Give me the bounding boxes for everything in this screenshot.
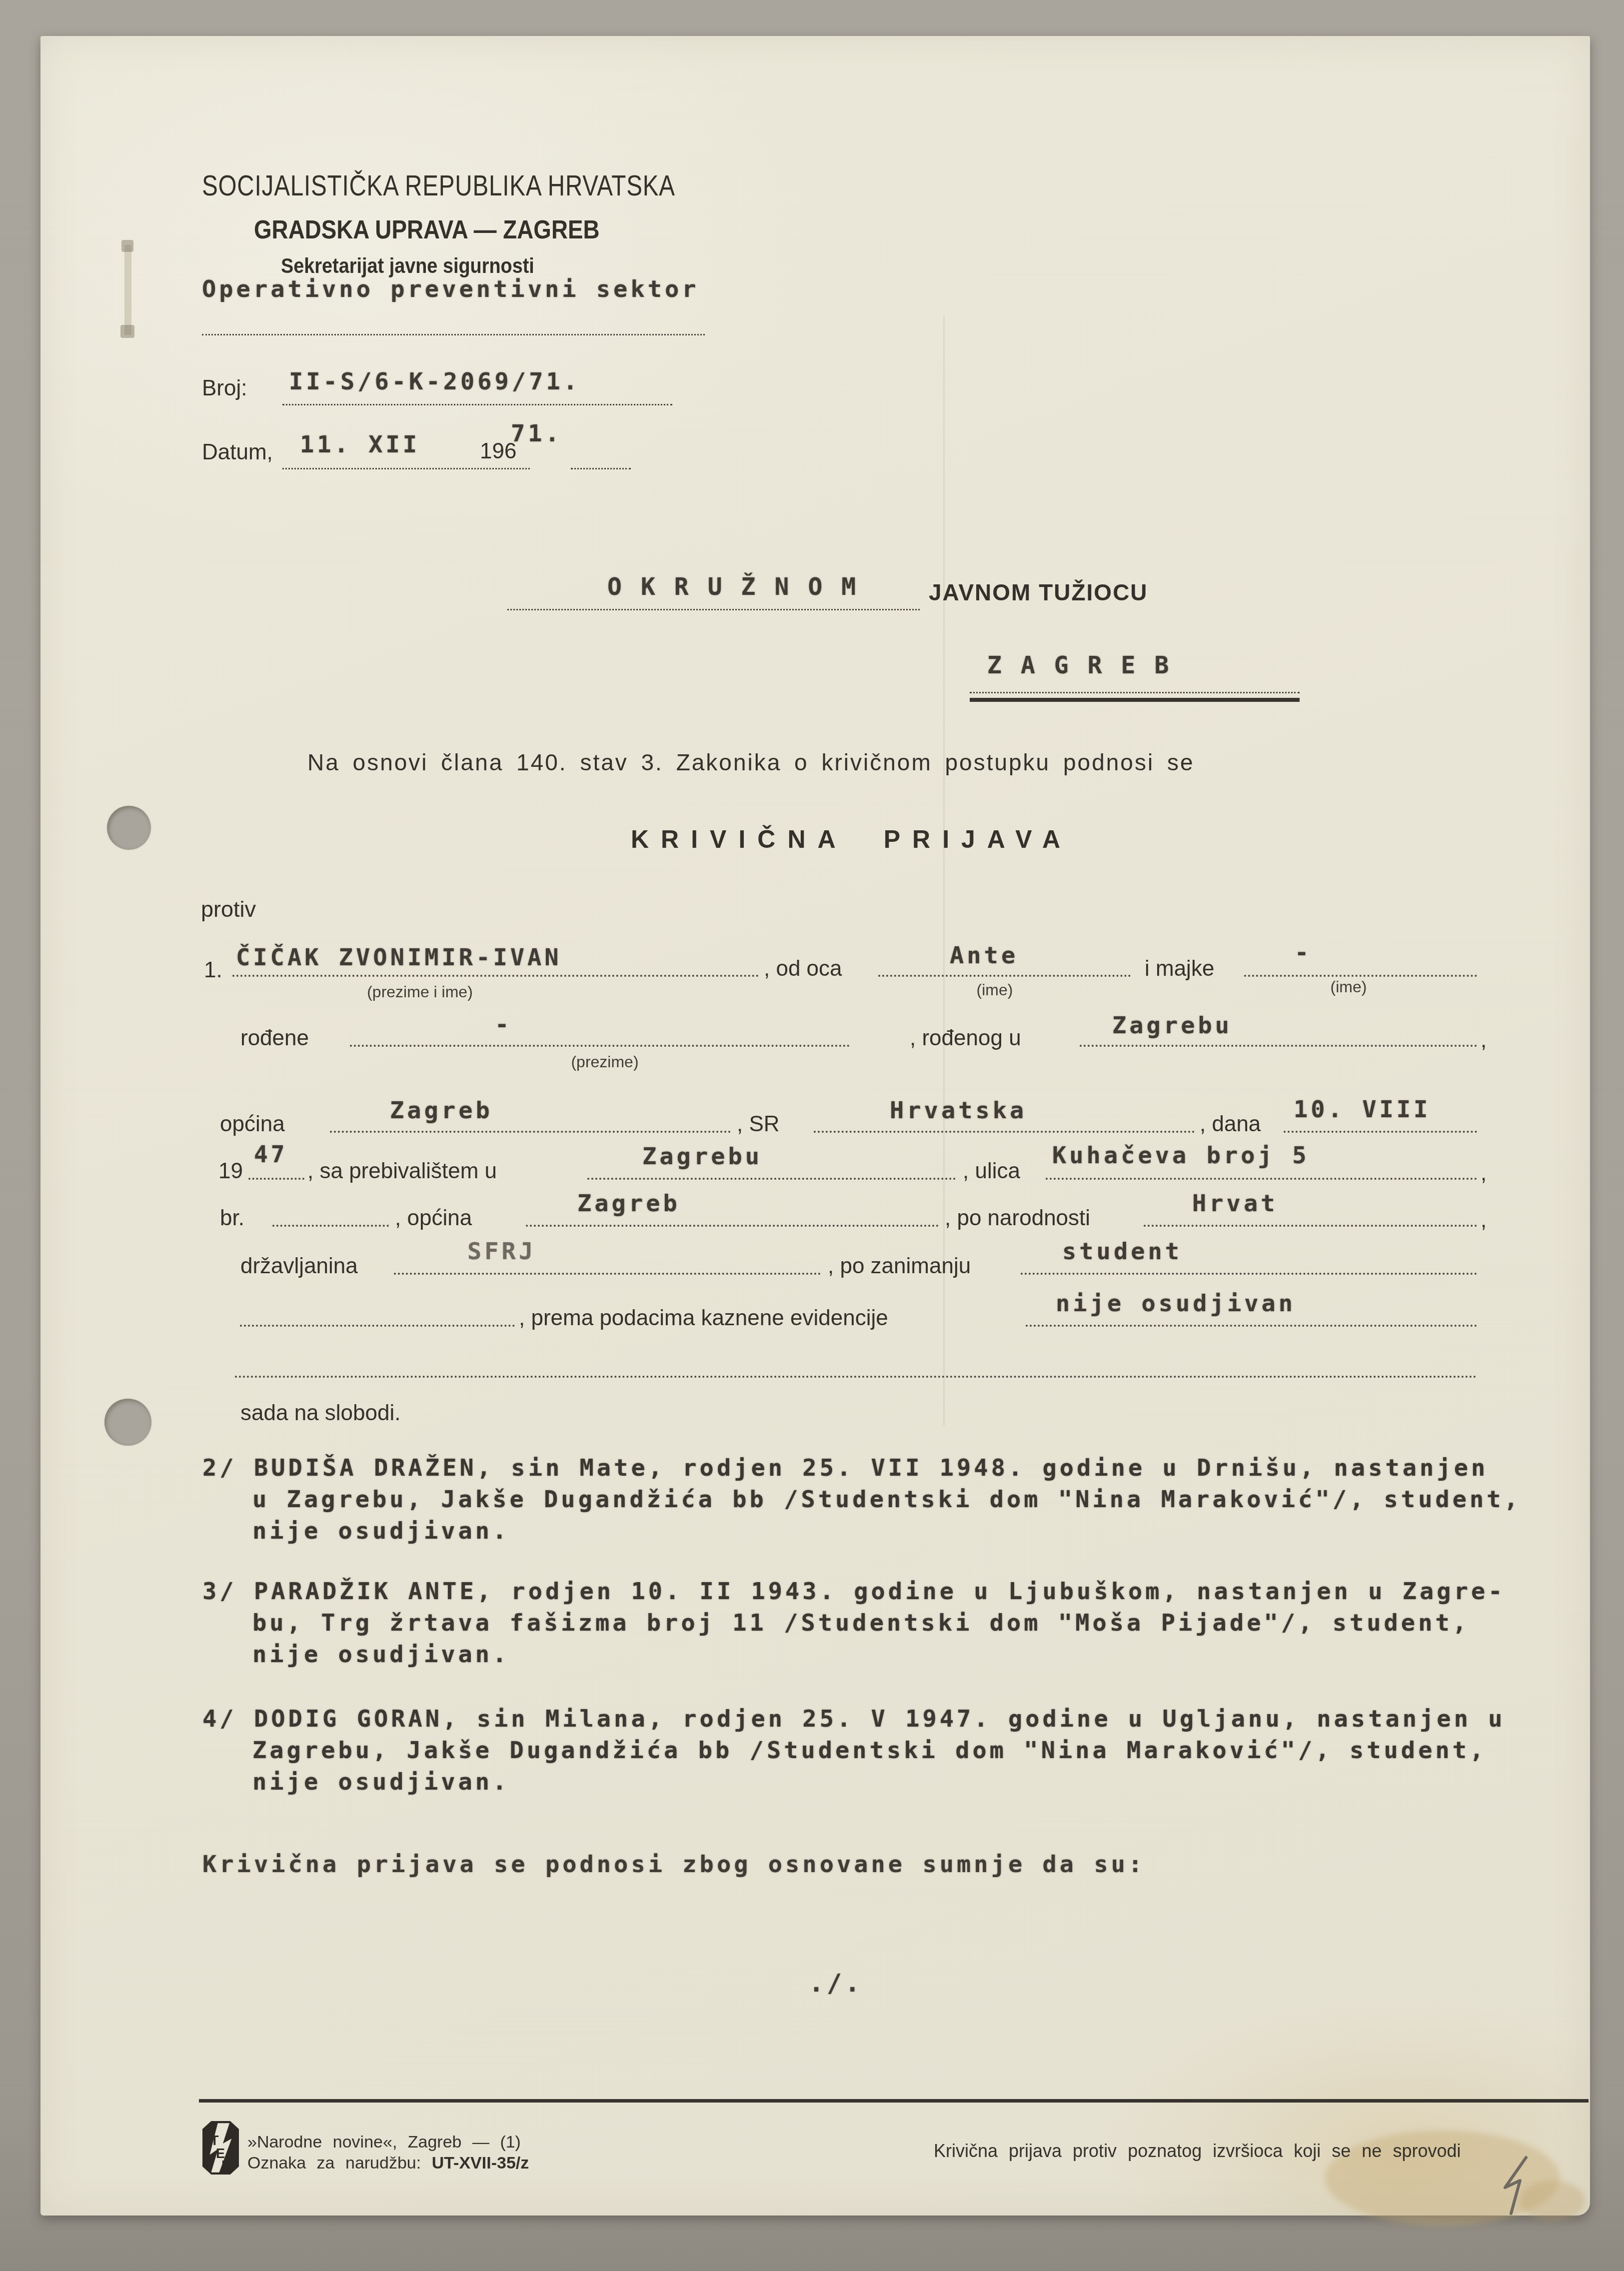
accused-paragraph-3: 3/ PARADŽIK ANTE, rodjen 10. II 1943. go… — [202, 1576, 1582, 1670]
footer-rule — [199, 2099, 1589, 2103]
staple-mark-top — [121, 240, 133, 252]
year-typed: 47 — [254, 1141, 287, 1168]
intro-line: Na osnovi člana 140. stav 3. Zakonika o … — [307, 749, 1194, 776]
municipality2-typed: Zagreb — [577, 1190, 680, 1217]
nationality-typed: Hrvat — [1192, 1190, 1278, 1217]
sr-label: , SR — [737, 1112, 780, 1137]
born-in-dotted-line — [1080, 1045, 1477, 1047]
municipality-dotted-line — [330, 1131, 731, 1133]
number-dotted-line — [272, 1225, 389, 1227]
nationality-label: , po narodnosti — [945, 1206, 1090, 1231]
letterhead-secretariat: Sekretarijat javne sigurnosti — [281, 254, 569, 278]
city-dotted-line — [970, 692, 1300, 693]
staple-mark — [124, 245, 131, 335]
residence-typed: Zagrebu — [642, 1143, 762, 1170]
broj-dotted-line — [282, 404, 672, 405]
record-label: , prema podacima kaznene evidencije — [519, 1306, 888, 1331]
datum-dotted-line-2 — [571, 468, 631, 469]
name-hint: (prezime i ime) — [320, 983, 520, 1001]
birth-day-dotted-line — [1284, 1131, 1477, 1133]
accused-paragraph-2: 2/ BUDIŠA DRAŽEN, sin Mate, rodjen 25. V… — [202, 1452, 1582, 1547]
row4-comma: , — [1481, 1161, 1487, 1186]
republic-dotted-line — [814, 1131, 1195, 1133]
footer-publisher: »Narodne novine«, Zagreb — (1) — [247, 2133, 521, 2152]
mother-dotted-line — [1244, 975, 1477, 977]
name-dotted-line — [232, 975, 759, 977]
row2-comma: , — [1481, 1028, 1487, 1053]
broj-value: II-S/6-K-2069/71. — [289, 368, 580, 395]
closing-line: Krivična prijava se podnosi zbog osnovan… — [202, 1851, 1145, 1878]
maiden-label: rođene — [240, 1026, 309, 1051]
addressee-typed: OKRUŽNOM — [607, 573, 875, 601]
addressee-city-typed: ZAGREB — [987, 651, 1188, 679]
addressee-printed: JAVNOM TUŽIOCU — [929, 579, 1148, 606]
father-dotted-line — [878, 975, 1131, 977]
datum-dotted-line-1 — [282, 468, 530, 469]
occupation-typed: student — [1062, 1238, 1182, 1265]
maiden-dotted-line — [350, 1045, 850, 1047]
datum-year-typed: 71. — [511, 420, 562, 447]
mother-hint: (ime) — [1294, 978, 1404, 996]
day-label: , dana — [1200, 1112, 1261, 1137]
datum-label: Datum, — [202, 440, 273, 465]
citizenship-dotted-line — [394, 1273, 821, 1275]
row7-dotted-line — [240, 1325, 515, 1327]
handwritten-pencil-mark — [1497, 2155, 1537, 2220]
footer-order-label: Oznaka za narudžbu: — [247, 2154, 421, 2173]
continuation-mark: ./. — [809, 1969, 863, 1998]
municipality-label: općina — [220, 1112, 285, 1137]
punch-hole-bottom — [104, 1399, 151, 1446]
mother-typed: - — [1295, 939, 1312, 966]
republic-typed: Hrvatska — [890, 1097, 1027, 1124]
number-label: br. — [220, 1206, 244, 1231]
document-title: KRIVIČNA PRIJAVA — [631, 825, 1072, 854]
maiden-hint: (prezime) — [530, 1053, 680, 1071]
footer-order-line: Oznaka za narudžbu: UT-XVII-35/z — [247, 2154, 529, 2173]
staple-mark-bottom — [120, 325, 134, 338]
year-dotted-line — [248, 1178, 304, 1180]
letterhead-dotted-line — [202, 334, 705, 335]
residence-dotted-line — [587, 1178, 956, 1180]
scanned-document: SOCIJALISTIČKA REPUBLIKA HRVATSKA GRADSK… — [0, 0, 1624, 2271]
residence-label: , sa prebivalištem u — [307, 1159, 497, 1184]
maiden-typed: - — [495, 1011, 512, 1038]
born-in-label: , rođenog u — [910, 1026, 1021, 1051]
year-printed: 19 — [218, 1159, 243, 1184]
letterhead-administration: GRADSKA UPRAVA — ZAGREB — [254, 215, 647, 245]
protiv-label: protiv — [201, 896, 256, 922]
row-number: 1. — [204, 958, 222, 983]
broj-label: Broj: — [202, 376, 247, 401]
nationality-dotted-line — [1144, 1225, 1477, 1227]
name-typed: ČIČAK ZVONIMIR-IVAN — [236, 944, 562, 971]
record-dotted-line — [1026, 1325, 1477, 1327]
municipality2-label: , općina — [395, 1206, 472, 1231]
footer-order-code: UT-XVII-35/z — [432, 2154, 529, 2173]
born-in-typed: Zagrebu — [1112, 1012, 1232, 1039]
logo-letter-b: B — [221, 2158, 231, 2174]
footer-note: Krivična prijava protiv poznatog izvršio… — [934, 2141, 1461, 2162]
letterhead-country: SOCIJALISTIČKA REPUBLIKA HRVATSKA — [202, 169, 779, 202]
teb-printer-logo: T E B — [202, 2121, 239, 2175]
municipality2-dotted-line — [526, 1225, 939, 1227]
record-typed: nije osudjivan — [1056, 1290, 1296, 1317]
municipality-typed: Zagreb — [390, 1097, 493, 1124]
mother-label: i majke — [1145, 956, 1214, 981]
empty-dotted-line — [235, 1376, 1477, 1378]
occupation-dotted-line — [1021, 1273, 1477, 1275]
citizenship-label: državljanina — [240, 1254, 358, 1279]
father-label: , od oca — [764, 956, 842, 981]
letterhead-country-text: SOCIJALISTIČKA REPUBLIKA HRVATSKA — [202, 169, 675, 202]
letterhead-sector-typed: Operativno preventivni sektor — [202, 275, 699, 303]
father-typed: Ante — [950, 942, 1018, 969]
punch-hole-top — [107, 806, 151, 850]
father-hint: (ime) — [940, 981, 1050, 999]
status-line: sada na slobodi. — [240, 1401, 400, 1426]
accused-paragraph-4: 4/ DODIG GORAN, sin Milana, rodjen 25. V… — [202, 1703, 1582, 1798]
datum-day-typed: 11. XII — [300, 431, 420, 458]
street-dotted-line — [1046, 1178, 1477, 1180]
street-label: , ulica — [963, 1159, 1020, 1184]
row5-comma: , — [1481, 1208, 1487, 1233]
occupation-label: , po zanimanju — [828, 1254, 971, 1279]
birth-day-typed: 10. VIII — [1294, 1096, 1431, 1123]
addressee-dotted-line — [507, 609, 920, 610]
citizenship-typed: SFRJ — [467, 1238, 536, 1265]
city-underline — [970, 698, 1300, 702]
street-typed: Kuhačeva broj 5 — [1052, 1142, 1309, 1169]
